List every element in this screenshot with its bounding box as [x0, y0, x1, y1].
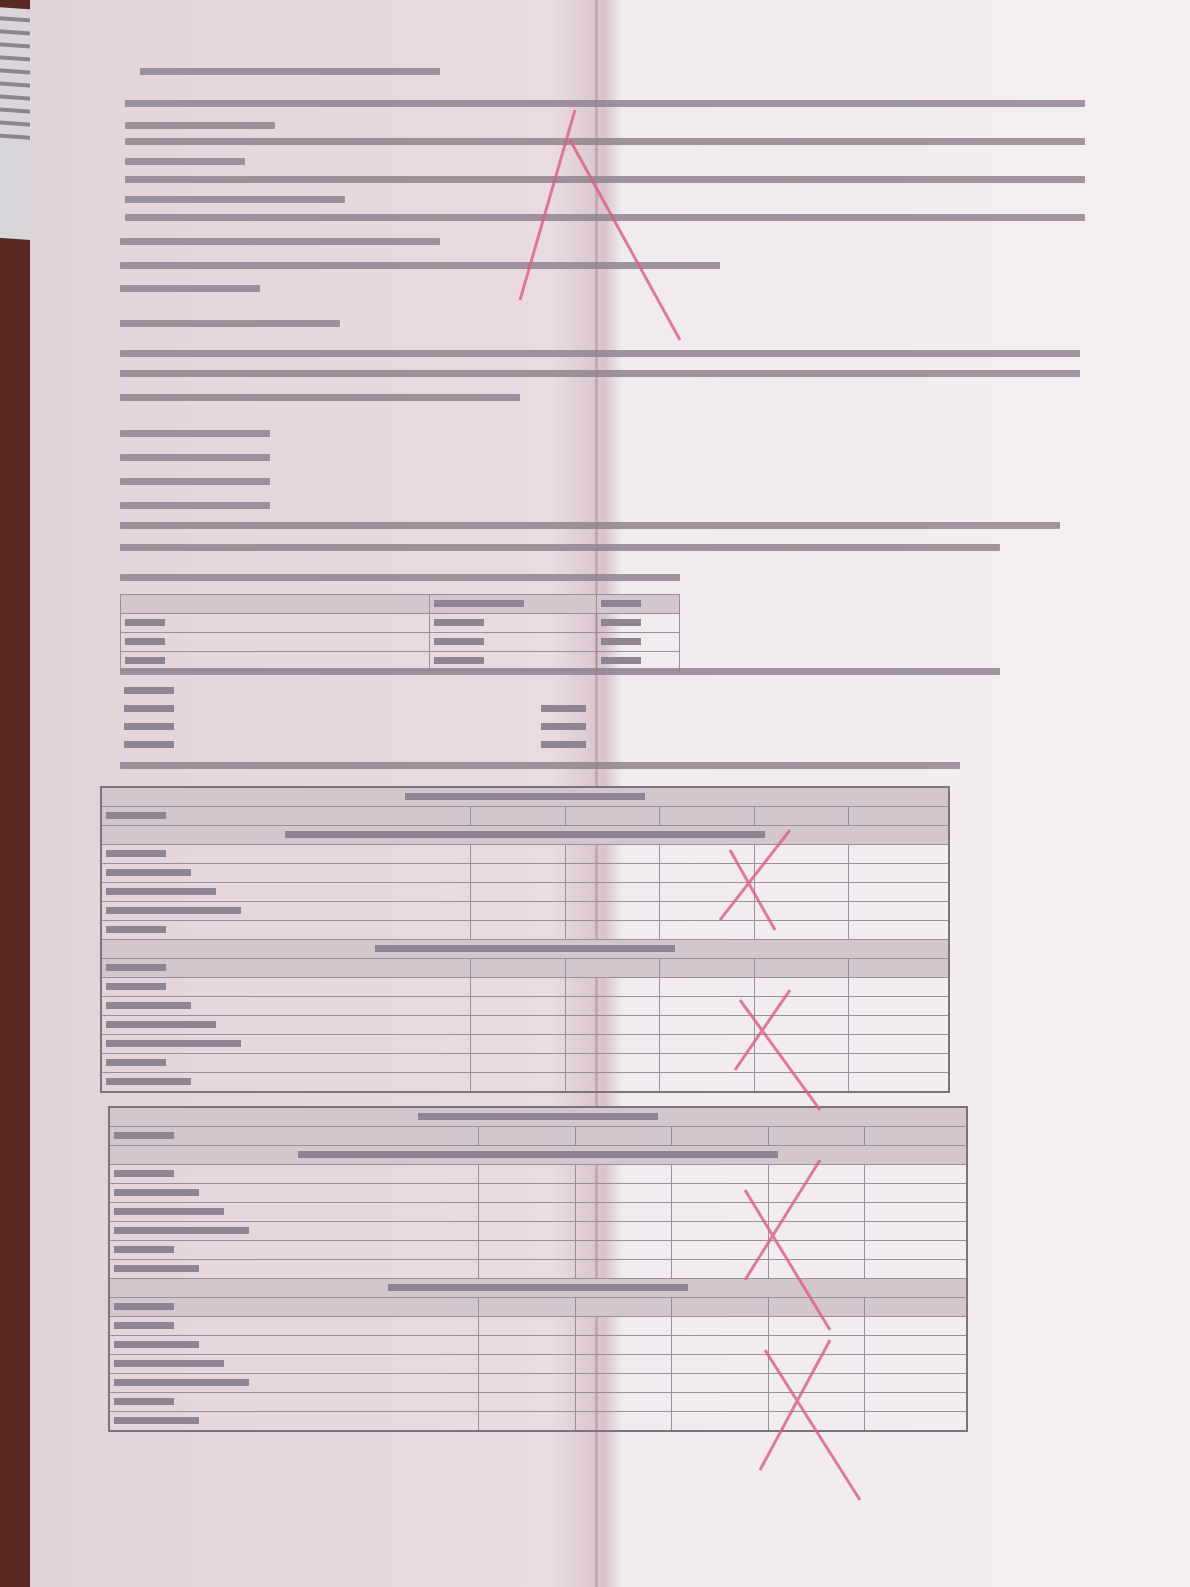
table-row	[109, 1184, 967, 1203]
table-row	[109, 1336, 967, 1355]
large-table-1	[100, 786, 950, 1093]
table-row	[109, 1165, 967, 1184]
table-row	[101, 787, 949, 807]
table-row	[101, 1035, 949, 1054]
table-row	[109, 1393, 967, 1412]
table-row	[101, 845, 949, 864]
table-caption	[120, 668, 1000, 675]
table-row	[101, 883, 949, 902]
table-row	[109, 1222, 967, 1241]
table-row	[101, 826, 949, 845]
table-row	[101, 921, 949, 940]
large-table-2	[108, 1106, 968, 1432]
table-row	[109, 1260, 967, 1279]
section-heading	[120, 320, 340, 327]
document-page	[30, 0, 1190, 1587]
table-row	[101, 1054, 949, 1073]
table-row	[109, 1146, 967, 1165]
table-row	[101, 902, 949, 921]
summary-table-1	[120, 594, 680, 671]
table-row	[109, 1107, 967, 1127]
table-row	[101, 807, 949, 826]
table-caption-2	[120, 762, 960, 769]
table-row	[101, 1073, 949, 1093]
table-row	[101, 1016, 949, 1035]
table-row	[120, 736, 590, 754]
table-row	[120, 718, 590, 736]
summary-table-2	[120, 682, 590, 754]
table-row	[109, 1279, 967, 1298]
table-row	[101, 864, 949, 883]
table-row	[121, 614, 680, 633]
table-row	[121, 633, 680, 652]
table-row	[109, 1374, 967, 1393]
table-row	[109, 1355, 967, 1374]
table-row	[101, 940, 949, 959]
table-row	[109, 1317, 967, 1336]
table-row	[109, 1298, 967, 1317]
table-row	[101, 997, 949, 1016]
table-row	[120, 700, 590, 718]
table-row	[101, 959, 949, 978]
table-row	[109, 1412, 967, 1432]
table-row	[101, 978, 949, 997]
table-row	[109, 1127, 967, 1146]
table-row	[109, 1203, 967, 1222]
table-row	[109, 1241, 967, 1260]
